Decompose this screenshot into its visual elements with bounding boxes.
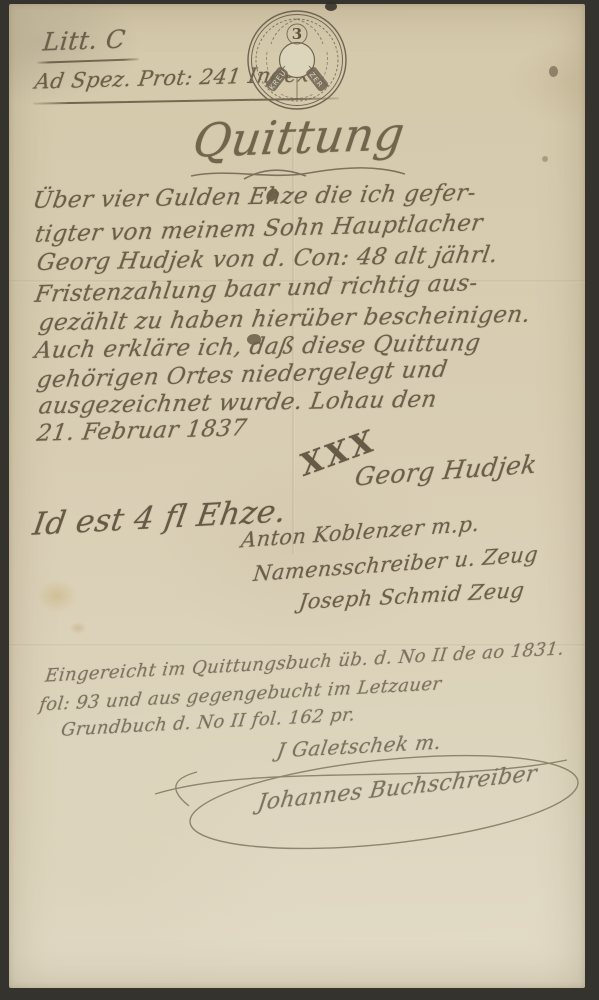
body-line: 21. Februar 1837 — [35, 415, 249, 447]
paper-sheet: Litt. C Ad Spez. Prot: 241 Index — [9, 4, 585, 988]
witness-signature-3: Joseph Schmid Zeug — [298, 578, 526, 614]
scanned-page: Litt. C Ad Spez. Prot: 241 Index — [0, 0, 599, 1000]
body-line: tigter von meinem Sohn Hauptlacher — [33, 210, 485, 248]
body-line: Über vier Gulden Ehze die ich gefer- — [31, 180, 478, 214]
stamp-denomination: 3 — [292, 25, 302, 43]
body-line: Fristenzahlung baar und richtig aus- — [33, 270, 479, 308]
stain-top-right — [549, 66, 558, 77]
litt-label: Litt. C — [41, 24, 127, 56]
stain-left-yellow — [31, 574, 83, 618]
page-title: Quittung — [155, 105, 442, 169]
revenue-stamp: 3 KREU ZER — [245, 8, 349, 112]
litt-underline — [37, 58, 139, 64]
stain-right-mid — [542, 156, 548, 162]
stain-left-small — [67, 620, 89, 636]
